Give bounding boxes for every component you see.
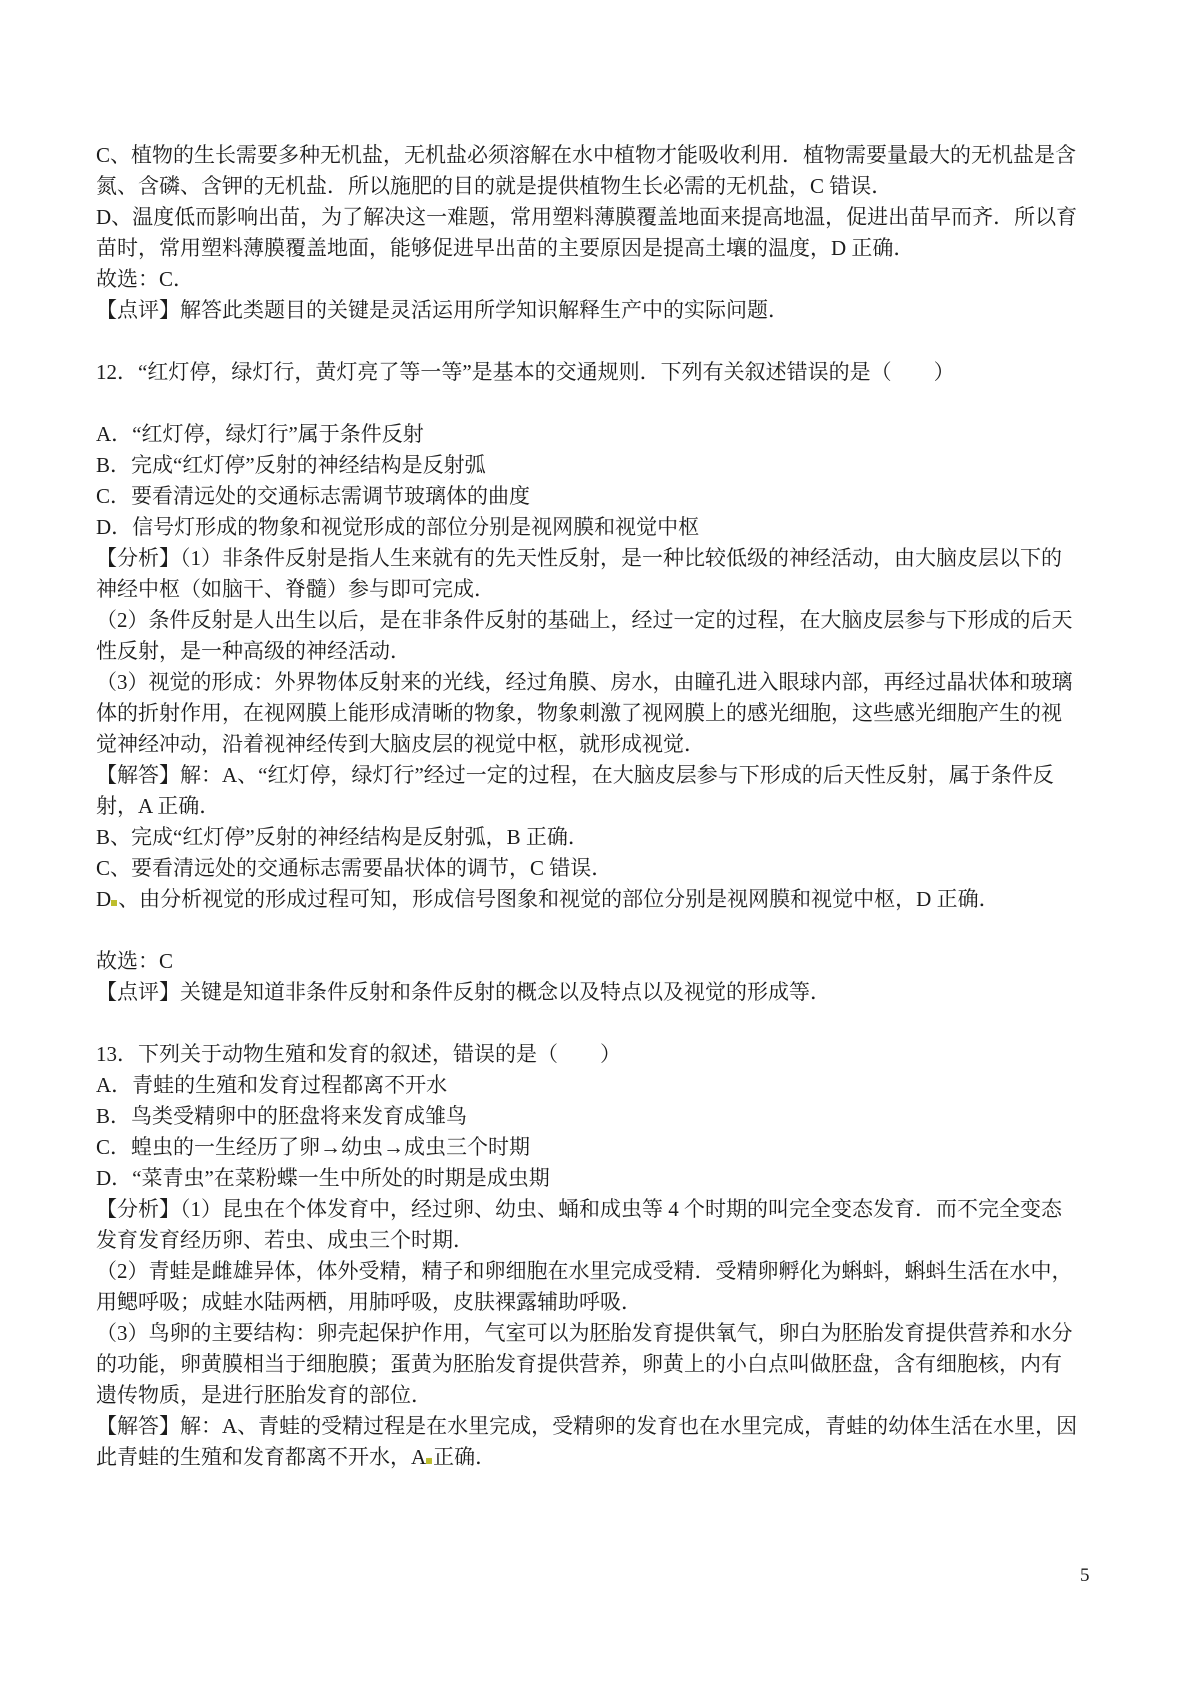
text-line: 氮、含磷、含钾的无机盐．所以施肥的目的就是提供植物生长必需的无机盐，C 错误．: [96, 171, 1112, 202]
text-segment: （2）青蛙是雌雄异体，体外受精，精子和卵细胞在水里完成受精．受精卵孵化为蝌蚪，蝌…: [96, 1259, 1073, 1283]
text-line: B、完成“红灯停”反射的神经结构是反射弧，B 正确．: [96, 822, 1112, 853]
text-line: 【分析】（1）昆虫在个体发育中，经过卵、幼虫、蛹和成虫等 4 个时期的叫完全变态…: [96, 1194, 1112, 1225]
text-segment: 12．“红灯停，绿灯行，黄灯亮了等一等”是基本的交通规则．下列有关叙述错误的是（…: [96, 360, 955, 384]
text-segment: （3）视觉的形成：外界物体反射来的光线，经过角膜、房水，由瞳孔进入眼球内部，再经…: [96, 670, 1073, 694]
text-line: 13．下列关于动物生殖和发育的叙述，错误的是（ ）: [96, 1039, 1112, 1070]
text-segment: 苗时，常用塑料薄膜覆盖地面，能够促进早出苗的主要原因是提高土壤的温度，D 正确．: [96, 236, 914, 260]
text-line: 苗时，常用塑料薄膜覆盖地面，能够促进早出苗的主要原因是提高土壤的温度，D 正确．: [96, 233, 1112, 264]
text-segment: D．“菜青虫”在菜粉蝶一生中所处的时期是成虫期: [96, 1166, 550, 1190]
text-segment: 神经中枢（如脑干、脊髓）参与即可完成．: [96, 577, 495, 601]
text-line: 遗传物质，是进行胚胎发育的部位．: [96, 1380, 1112, 1411]
text-line: 的功能，卵黄膜相当于细胞膜；蛋黄为胚胎发育提供营养，卵黄上的小白点叫做胚盘，含有…: [96, 1349, 1112, 1380]
text-line: 神经中枢（如脑干、脊髓）参与即可完成．: [96, 574, 1112, 605]
text-segment: C、要看清远处的交通标志需要晶状体的调节，C 错误．: [96, 856, 612, 880]
text-line: （3）鸟卵的主要结构：卵壳起保护作用，气室可以为胚胎发育提供氧气，卵白为胚胎发育…: [96, 1318, 1112, 1349]
text-line: 【点评】解答此类题目的关键是灵活运用所学知识解释生产中的实际问题．: [96, 295, 1112, 326]
text-segment: 发育发育经历卵、若虫、成虫三个时期．: [96, 1228, 474, 1252]
text-segment: C、植物的生长需要多种无机盐，无机盐必须溶解在水中植物才能吸收利用．植物需要量最…: [96, 143, 1076, 167]
text-line: C．要看清远处的交通标志需调节玻璃体的曲度: [96, 481, 1112, 512]
text-segment: 【解答】解：A、青蛙的受精过程是在水里完成，受精卵的发育也在水里完成，青蛙的幼体…: [96, 1414, 1077, 1438]
text-line: （2）条件反射是人出生以后，是在非条件反射的基础上，经过一定的过程，在大脑皮层参…: [96, 605, 1112, 636]
text-line: 【分析】（1）非条件反射是指人生来就有的先天性反射，是一种比较低级的神经活动，由…: [96, 543, 1112, 574]
text-segment: 此青蛙的生殖和发育都离不开水，A: [96, 1445, 426, 1469]
text-line: 12．“红灯停，绿灯行，黄灯亮了等一等”是基本的交通规则．下列有关叙述错误的是（…: [96, 357, 1112, 388]
text-segment: 性反射，是一种高级的神经活动．: [96, 639, 411, 663]
document-page: C、植物的生长需要多种无机盐，无机盐必须溶解在水中植物才能吸收利用．植物需要量最…: [0, 0, 1200, 1698]
text-segment: B、完成“红灯停”反射的神经结构是反射弧，B 正确．: [96, 825, 589, 849]
text-line: A．“红灯停，绿灯行”属于条件反射: [96, 419, 1112, 450]
text-segment: D．信号灯形成的物象和视觉形成的部位分别是视网膜和视觉中枢: [96, 515, 699, 539]
text-line: 【点评】关键是知道非条件反射和条件反射的概念以及特点以及视觉的形成等．: [96, 977, 1112, 1008]
text-line: D、由分析视觉的形成过程可知，形成信号图象和视觉的部位分别是视网膜和视觉中枢，D…: [96, 884, 1112, 915]
text-segment: 的功能，卵黄膜相当于细胞膜；蛋黄为胚胎发育提供营养，卵黄上的小白点叫做胚盘，含有…: [96, 1352, 1062, 1376]
text-lines: C、植物的生长需要多种无机盐，无机盐必须溶解在水中植物才能吸收利用．植物需要量最…: [96, 140, 1112, 1473]
text-line: 体的折射作用，在视网膜上能形成清晰的物象，物象刺激了视网膜上的感光细胞，这些感光…: [96, 698, 1112, 729]
text-line: B．鸟类受精卵中的胚盘将来发育成雏鸟: [96, 1101, 1112, 1132]
text-segment: 【解答】解：A、“红灯停，绿灯行”经过一定的过程，在大脑皮层参与下形成的后天性反…: [96, 763, 1054, 787]
text-segment: D、温度低而影响出苗，为了解决这一难题，常用塑料薄膜覆盖地面来提高地温，促进出苗…: [96, 205, 1077, 229]
text-segment: 【点评】解答此类题目的关键是灵活运用所学知识解释生产中的实际问题．: [96, 298, 789, 322]
text-segment: （3）鸟卵的主要结构：卵壳起保护作用，气室可以为胚胎发育提供氧气，卵白为胚胎发育…: [96, 1321, 1073, 1345]
text-segment: 正确．: [433, 1445, 496, 1469]
text-segment: 体的折射作用，在视网膜上能形成清晰的物象，物象刺激了视网膜上的感光细胞，这些感光…: [96, 701, 1062, 725]
text-segment: 【点评】关键是知道非条件反射和条件反射的概念以及特点以及视觉的形成等．: [96, 980, 831, 1004]
text-line: 射，A 正确．: [96, 791, 1112, 822]
text-segment: （2）条件反射是人出生以后，是在非条件反射的基础上，经过一定的过程，在大脑皮层参…: [96, 608, 1073, 632]
text-line: 故选：C: [96, 946, 1112, 977]
text-line: D．信号灯形成的物象和视觉形成的部位分别是视网膜和视觉中枢: [96, 512, 1112, 543]
text-segment: 故选：C: [96, 949, 173, 973]
text-segment: B．完成“红灯停”反射的神经结构是反射弧: [96, 453, 486, 477]
text-segment: 射，A 正确．: [96, 794, 220, 818]
text-segment: 【分析】（1）昆虫在个体发育中，经过卵、幼虫、蛹和成虫等 4 个时期的叫完全变态…: [96, 1197, 1062, 1221]
text-segment: 觉神经冲动，沿着视神经传到大脑皮层的视觉中枢，就形成视觉．: [96, 732, 705, 756]
text-line: 觉神经冲动，沿着视神经传到大脑皮层的视觉中枢，就形成视觉．: [96, 729, 1112, 760]
text-segment: C．要看清远处的交通标志需调节玻璃体的曲度: [96, 484, 530, 508]
text-segment: D: [96, 887, 111, 911]
text-line: 【解答】解：A、“红灯停，绿灯行”经过一定的过程，在大脑皮层参与下形成的后天性反…: [96, 760, 1112, 791]
text-line: 此青蛙的生殖和发育都离不开水，A正确．: [96, 1442, 1112, 1473]
text-line: 发育发育经历卵、若虫、成虫三个时期．: [96, 1225, 1112, 1256]
text-line: B．完成“红灯停”反射的神经结构是反射弧: [96, 450, 1112, 481]
annotation-mark-icon: [111, 900, 117, 906]
text-line: A．青蛙的生殖和发育过程都离不开水: [96, 1070, 1112, 1101]
text-line: （2）青蛙是雌雄异体，体外受精，精子和卵细胞在水里完成受精．受精卵孵化为蝌蚪，蝌…: [96, 1256, 1112, 1287]
text-segment: A．青蛙的生殖和发育过程都离不开水: [96, 1073, 447, 1097]
text-line: 用鳃呼吸；成蛙水陆两栖，用肺呼吸，皮肤裸露辅助呼吸．: [96, 1287, 1112, 1318]
text-line: 【解答】解：A、青蛙的受精过程是在水里完成，受精卵的发育也在水里完成，青蛙的幼体…: [96, 1411, 1112, 1442]
text-segment: C．蝗虫的一生经历了卵→幼虫→成虫三个时期: [96, 1135, 530, 1159]
text-line: C、植物的生长需要多种无机盐，无机盐必须溶解在水中植物才能吸收利用．植物需要量最…: [96, 140, 1112, 171]
text-segment: 遗传物质，是进行胚胎发育的部位．: [96, 1383, 432, 1407]
text-segment: A．“红灯停，绿灯行”属于条件反射: [96, 422, 424, 446]
text-line: （3）视觉的形成：外界物体反射来的光线，经过角膜、房水，由瞳孔进入眼球内部，再经…: [96, 667, 1112, 698]
text-line: C．蝗虫的一生经历了卵→幼虫→成虫三个时期: [96, 1132, 1112, 1163]
text-line: 性反射，是一种高级的神经活动．: [96, 636, 1112, 667]
text-segment: B．鸟类受精卵中的胚盘将来发育成雏鸟: [96, 1104, 467, 1128]
text-line: 故选：C．: [96, 264, 1112, 295]
text-line: C、要看清远处的交通标志需要晶状体的调节，C 错误．: [96, 853, 1112, 884]
text-segment: 氮、含磷、含钾的无机盐．所以施肥的目的就是提供植物生长必需的无机盐，C 错误．: [96, 174, 892, 198]
text-line: D、温度低而影响出苗，为了解决这一难题，常用塑料薄膜覆盖地面来提高地温，促进出苗…: [96, 202, 1112, 233]
text-segment: 【分析】（1）非条件反射是指人生来就有的先天性反射，是一种比较低级的神经活动，由…: [96, 546, 1062, 570]
text-segment: 用鳃呼吸；成蛙水陆两栖，用肺呼吸，皮肤裸露辅助呼吸．: [96, 1290, 642, 1314]
text-segment: 、由分析视觉的形成过程可知，形成信号图象和视觉的部位分别是视网膜和视觉中枢，D …: [118, 887, 999, 911]
text-segment: 13．下列关于动物生殖和发育的叙述，错误的是（ ）: [96, 1042, 621, 1066]
text-line: D．“菜青虫”在菜粉蝶一生中所处的时期是成虫期: [96, 1163, 1112, 1194]
annotation-mark-icon: [426, 1458, 432, 1464]
page-number: 5: [1080, 1565, 1090, 1587]
text-segment: 故选：C．: [96, 267, 194, 291]
